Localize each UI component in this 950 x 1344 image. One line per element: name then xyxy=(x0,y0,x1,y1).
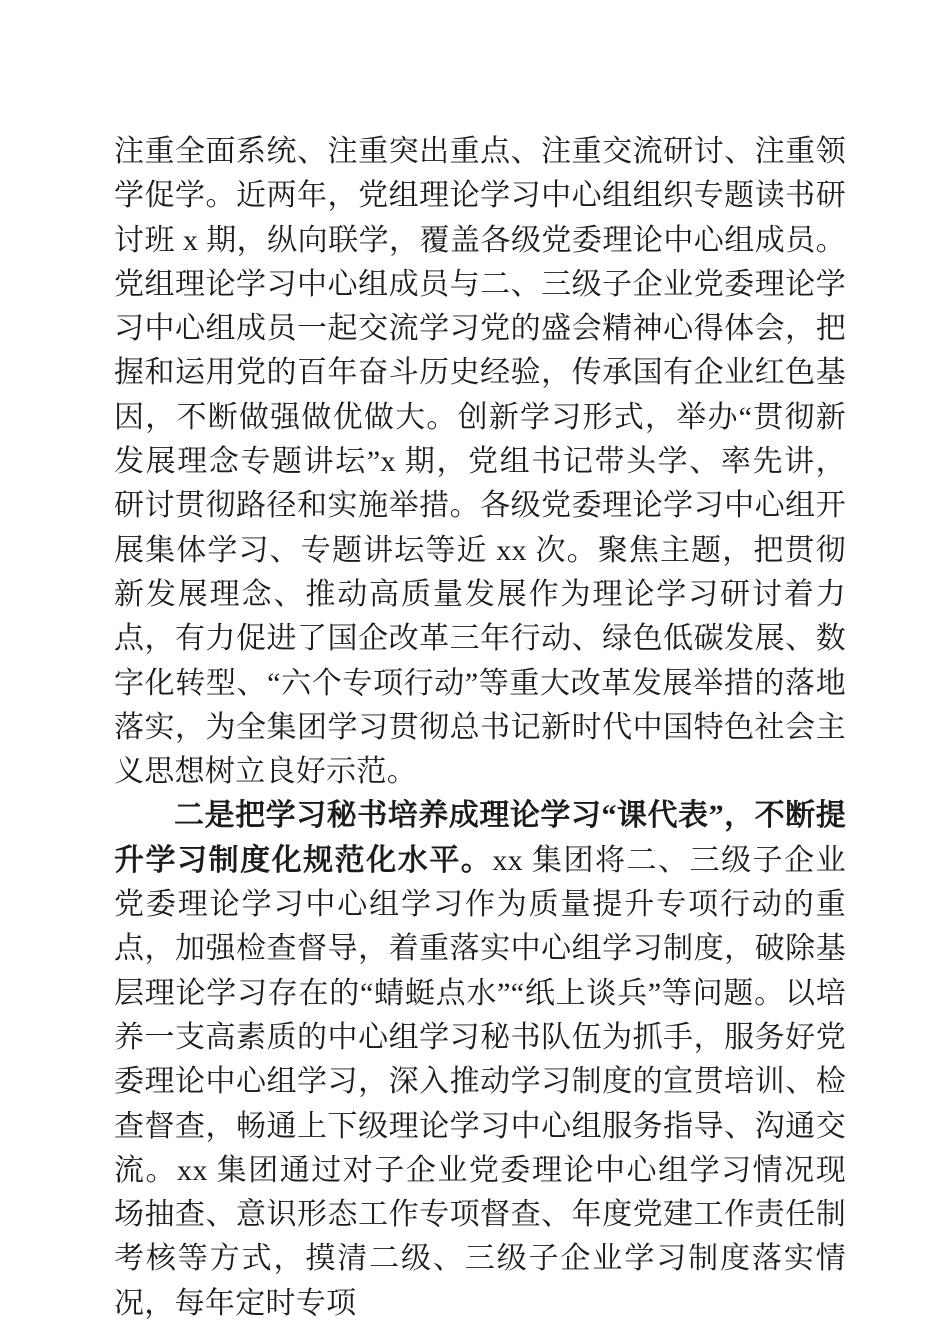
document-page: 注重全面系统、注重突出重点、注重交流研讨、注重领学促学。近两年，党组理论学习中心… xyxy=(0,0,950,1344)
text-run: 注重全面系统、注重突出重点、注重交流研讨、注重领学促学。近两年，党组理论学习中心… xyxy=(114,135,846,788)
paragraph-continuation: 注重全面系统、注重突出重点、注重交流研讨、注重领学促学。近两年，党组理论学习中心… xyxy=(114,130,846,794)
text-run: xx 集团将二、三级子企业党委理论学习中心组学习作为质量提升专项行动的重点，加强… xyxy=(114,844,846,1320)
paragraph-second-point: 二是把学习秘书培养成理论学习“课代表”，不断提升学习制度化规范化水平。xx 集团… xyxy=(114,794,846,1326)
